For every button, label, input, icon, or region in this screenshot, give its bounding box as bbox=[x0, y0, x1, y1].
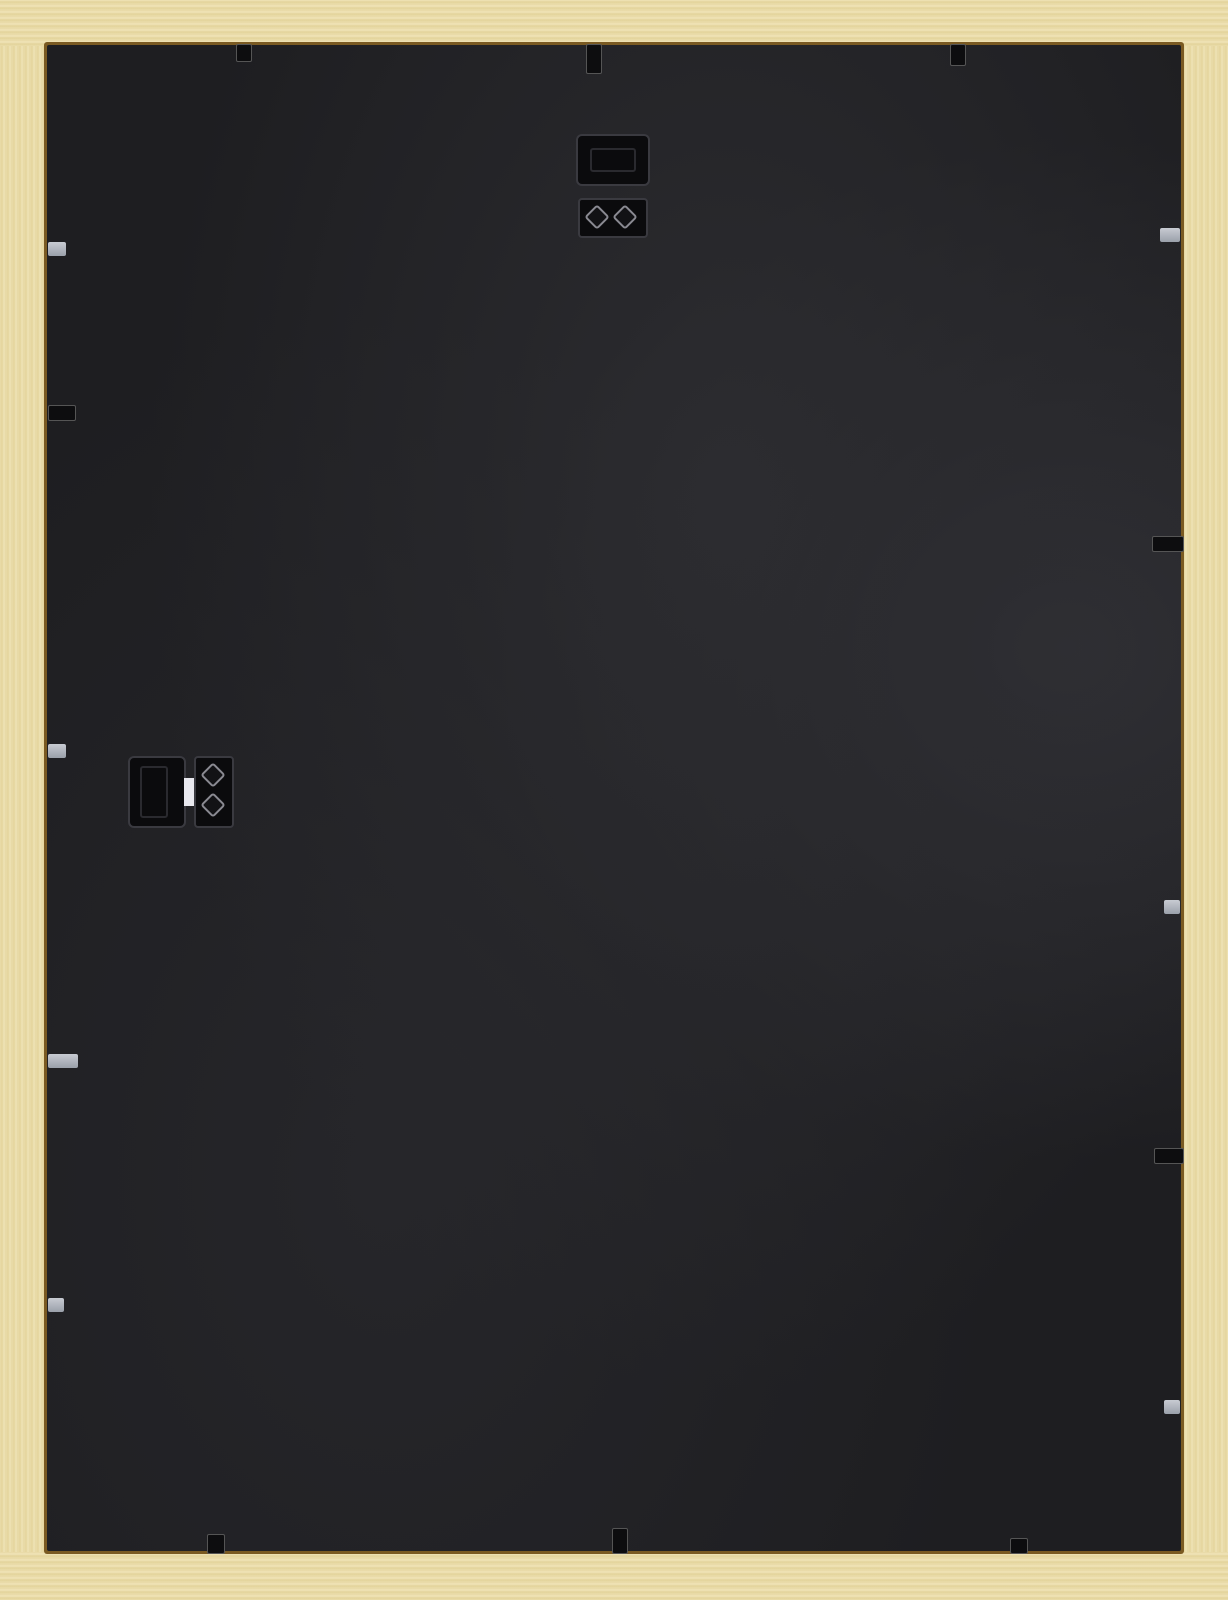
top-center-hanger bbox=[576, 134, 656, 240]
retaining-clip bbox=[48, 242, 66, 256]
hanger-loop-opening bbox=[140, 766, 168, 818]
left-side-hanger bbox=[128, 756, 234, 830]
retaining-clip bbox=[207, 1534, 225, 1554]
retaining-clip bbox=[1160, 228, 1180, 242]
retaining-clip bbox=[1164, 1400, 1180, 1414]
retaining-clip bbox=[1152, 536, 1184, 552]
retaining-clip bbox=[1010, 1538, 1028, 1554]
retaining-clip bbox=[48, 405, 76, 421]
frame-top-rail bbox=[0, 0, 1228, 46]
retaining-clip bbox=[48, 744, 66, 758]
hanger-loop-opening bbox=[590, 148, 636, 172]
retaining-clip bbox=[236, 44, 252, 62]
hanger-metal-strip bbox=[184, 778, 194, 806]
frame-bottom-rail bbox=[0, 1552, 1228, 1600]
picture-frame bbox=[0, 0, 1228, 1600]
retaining-clip bbox=[612, 1528, 628, 1554]
retaining-clip bbox=[950, 44, 966, 66]
retaining-clip bbox=[586, 44, 602, 74]
retaining-clip bbox=[1164, 900, 1180, 914]
retaining-clip bbox=[48, 1298, 64, 1312]
retaining-clip bbox=[1154, 1148, 1184, 1164]
retaining-clip bbox=[48, 1054, 78, 1068]
